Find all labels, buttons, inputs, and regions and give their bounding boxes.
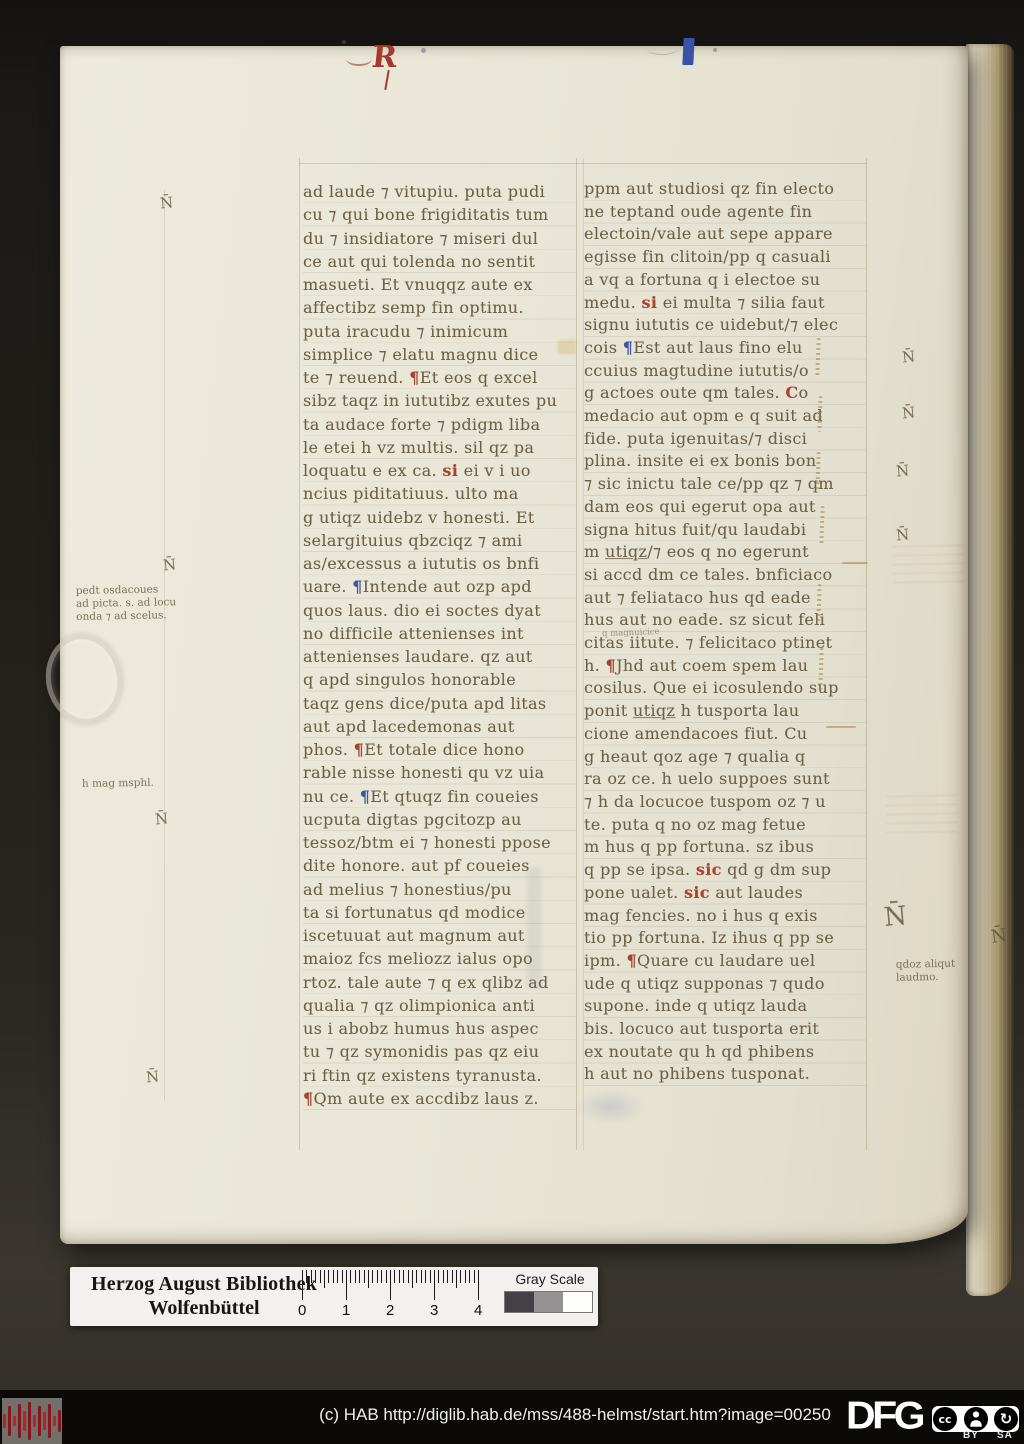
nota-mark: N̄ [901, 347, 916, 366]
manuscript-line: du ⁊ insidiatore ⁊ miseri dul [303, 227, 577, 250]
hab-logo-bar [38, 1406, 41, 1436]
library-name: Herzog August Bibliothek Wolfenbüttel [78, 1272, 330, 1321]
manuscript-line: ⁊ h da locucoe tuspom oz ⁊ u [584, 791, 866, 814]
ruler-tick [306, 1270, 307, 1283]
ruler-tick [381, 1270, 382, 1283]
cc-license-badge: cc ↻ [932, 1406, 1019, 1432]
copyright-bar: (c) HAB http://diglib.hab.de/mss/488-hel… [0, 1390, 1024, 1444]
manuscript-line: ad laude ⁊ vitupiu. puta pudi [303, 180, 577, 203]
ruler-tick [346, 1270, 347, 1300]
stain [575, 1090, 645, 1124]
manuscript-line: nu ce. ¶Et qtuqz fin coueies [303, 785, 577, 808]
manuscript-line: ppm aut studiosi qz fin electo [584, 178, 866, 201]
ruler-tick [337, 1270, 338, 1283]
manuscript-line: affectibz semp fin optimu. [303, 296, 577, 319]
red-initial-ornament: R [372, 40, 418, 88]
manuscript-line: g actoes oute qm tales. Co [584, 382, 866, 405]
manuscript-line: te. puta q no oz mag fetue [584, 814, 866, 837]
manuscript-line: tessoz/btm ei ⁊ honesti ppose [303, 831, 577, 854]
nota-mark: N̄ [154, 809, 169, 828]
hab-logo-bar [53, 1416, 56, 1426]
ruler-tick [320, 1270, 321, 1283]
ruler-tick [324, 1270, 325, 1288]
manuscript-line: electoin/vale aut sepe appare [584, 223, 866, 246]
hab-logo-bar [18, 1404, 21, 1438]
ruler-tick [416, 1270, 417, 1283]
manuscript-line: ⁊ sic inictu tale ce/pp qz ⁊ qm [584, 473, 866, 496]
ruler-tick [434, 1270, 435, 1300]
manuscript-line: attenienses laudare. qz aut [303, 645, 577, 668]
manuscript-line: qualia ⁊ qz olimpionica anti [303, 994, 577, 1017]
ruler-tick [465, 1270, 466, 1283]
ruler-tick [443, 1270, 444, 1283]
nota-mark: N̄ [901, 403, 916, 422]
manuscript-line: a vq a fortuna q i electoe su [584, 269, 866, 292]
manuscript-line: ipm. ¶Quare cu laudare uel [584, 950, 866, 973]
ruler-tick [311, 1270, 312, 1283]
manuscript-line: ucputa digtas pgcitozp au [303, 808, 577, 831]
manuscript-line: signu iututis ce uidebut/⁊ elec [584, 314, 866, 337]
manuscript-line: loquatu e ex ca. si ei v i uo [303, 459, 577, 482]
ruler-tick [372, 1270, 373, 1283]
ruler-tick [403, 1270, 404, 1283]
manuscript-line: cosilus. Que ei icosulendo sup [584, 677, 866, 700]
manuscript-line: ta audace forte ⁊ pdigm liba [303, 413, 577, 436]
manuscript-line: cois ¶Est aut laus fino elu [584, 337, 866, 360]
manuscript-line: mag fencies. no i hus q exis [584, 905, 866, 928]
library-label-bar: Herzog August Bibliothek Wolfenbüttel 01… [70, 1267, 598, 1326]
hab-logo-bar [58, 1410, 61, 1432]
column-rule [299, 158, 300, 1150]
manuscript-line: ccuius magtudine iututis/o [584, 360, 866, 383]
nota-mark: N̄ [162, 555, 177, 574]
ruler-tick [438, 1270, 439, 1283]
manuscript-line: fide. puta igenuitas/⁊ disci [584, 428, 866, 451]
cc-sa-label: SA [997, 1430, 1013, 1441]
stain [558, 340, 576, 354]
manuscript-line: phos. ¶Et totale dice hono [303, 738, 577, 761]
manuscript-line: cione amendacoes fiut. Cu [584, 723, 866, 746]
manuscript-line: si accd dm ce tales. bnficiaco [584, 564, 866, 587]
manuscript-line: pone ualet. sic aut laudes [584, 882, 866, 905]
manuscript-line: aut apd lacedemonas aut [303, 715, 577, 738]
manuscript-line: g heaut qoz age ⁊ qualia q [584, 746, 866, 769]
manuscript-line: bis. locuco aut tusporta erit [584, 1018, 866, 1041]
ruler-tick [469, 1270, 470, 1283]
nota-mark: N̄ [159, 193, 174, 212]
hab-logo-bar [8, 1406, 11, 1436]
ruler-tick [425, 1270, 426, 1283]
ruler-tick [412, 1270, 413, 1288]
manuscript-line: taqz gens dice/puta apd litas [303, 692, 577, 715]
manuscript-line: supone. inde q utiqz lauda [584, 995, 866, 1018]
manuscript-line: puta iracudu ⁊ inimicum [303, 320, 577, 343]
ruler-number: 3 [430, 1302, 438, 1319]
header-rule [299, 163, 866, 164]
manuscript-line: plina. insite ei ex bonis bon [584, 450, 866, 473]
manuscript-line: h. ¶Jhd aut coem spem lau [584, 655, 866, 678]
ruler-tick [452, 1270, 453, 1283]
margin-dash [842, 562, 868, 564]
margin-note-left: pedt osdacoues ad picta. s. ad locu onda… [76, 583, 187, 624]
cc-by-icon [964, 1407, 988, 1431]
ruler-tick [399, 1270, 400, 1283]
manuscript-line: ri ftin qz existens tyranusta. [303, 1064, 577, 1087]
nota-mark: N̄ [895, 461, 910, 480]
hab-logo-bar [33, 1415, 36, 1427]
blue-initial-ornament [681, 38, 701, 70]
swatch-dark [505, 1292, 534, 1312]
manuscript-line: q apd singulos honorable [303, 668, 577, 691]
manuscript-line: cu ⁊ qui bone frigiditatis tum [303, 203, 577, 226]
margin-rule [164, 190, 165, 1100]
ruler-tick [421, 1270, 422, 1283]
ruler-tick [394, 1270, 395, 1283]
ruler-tick [342, 1270, 343, 1283]
ruler-tick [315, 1270, 316, 1283]
hab-logo-icon [2, 1398, 62, 1444]
margin-note-right: qdoz aliqut laudmo. [896, 957, 986, 985]
manuscript-line: quos laus. dio ei soctes dyat [303, 599, 577, 622]
manuscript-line: tu ⁊ qz symonidis pas qz eiu [303, 1040, 577, 1063]
ruler-tick [430, 1270, 431, 1283]
manuscript-line: tio pp fortuna. Iz ihus q pp se [584, 927, 866, 950]
ruler-number: 1 [342, 1302, 350, 1319]
manuscript-line: te ⁊ reuend. ¶Et eos q excel [303, 366, 577, 389]
nota-mark: N̄ [895, 525, 910, 544]
nota-mark: N̄ [990, 925, 1009, 948]
ruler-tick [368, 1270, 369, 1288]
manuscript-line: m hus q pp fortuna. sz ibus [584, 836, 866, 859]
ruler-tick [456, 1270, 457, 1288]
scan-stage: R ad laude ⁊ vitupiu. puta pudicu ⁊ qui … [0, 0, 1024, 1444]
manuscript-line: sibz taqz in iututibz exutes pu [303, 389, 577, 412]
hab-logo-bar [3, 1414, 6, 1428]
manuscript-line: medacio aut opm e q suit ad [584, 405, 866, 428]
manuscript-line: ra oz ce. h uelo suppoes sunt [584, 768, 866, 791]
ruler-tick [447, 1270, 448, 1283]
hab-logo-bar [13, 1416, 16, 1426]
manuscript-line: ¶Qm aute ex accdibz laus z. [303, 1087, 577, 1110]
manuscript-line: g utiqz uidebz v honesti. Et [303, 506, 577, 529]
manuscript-line: medu. si ei multa ⁊ silia faut [584, 292, 866, 315]
swatch-white [563, 1292, 592, 1312]
manuscript-line: selargituius qbzciqz ⁊ ami [303, 529, 577, 552]
ruler-number: 0 [298, 1302, 306, 1319]
ruler-tick [460, 1270, 461, 1283]
manuscript-line: as/excessus a iututis os bnfi [303, 552, 577, 575]
ruler-tick [350, 1270, 351, 1283]
manuscript-line: m utiqz/⁊ eos q no egerunt [584, 541, 866, 564]
manuscript-line: le etei h vz multis. sil qz pa [303, 436, 577, 459]
manuscript-line: ne teptand oude agente fin [584, 201, 866, 224]
hab-logo-bar [48, 1404, 51, 1438]
ruler-tick [355, 1270, 356, 1283]
manuscript-line: egisse fin clitoin/pp q casuali [584, 246, 866, 269]
manuscript-line: ponit utiqz h tusporta lau [584, 700, 866, 723]
interlinear-gloss: q magnuicice [602, 627, 660, 639]
manuscript-line: ncius piditatiuus. ulto ma [303, 482, 577, 505]
manuscript-line: ce aut qui tolenda no sentit [303, 250, 577, 273]
ruler-tick [377, 1270, 378, 1283]
column-rule [866, 158, 867, 1150]
stain [527, 868, 541, 988]
ruler-tick [328, 1270, 329, 1283]
manuscript-line: simplice ⁊ elatu magnu dice [303, 343, 577, 366]
ruler-tick [390, 1270, 391, 1300]
ruler-tick [408, 1270, 409, 1283]
ruler-tick [474, 1270, 475, 1283]
ruler-tick [364, 1270, 365, 1283]
show-through [893, 544, 966, 587]
ruler-tick [333, 1270, 334, 1283]
manuscript-line: uare. ¶Intende aut ozp apd [303, 575, 577, 598]
ruler-number: 4 [474, 1302, 482, 1319]
show-through [886, 794, 959, 835]
margin-dash [826, 726, 856, 728]
ruler-tick [386, 1270, 387, 1283]
cm-ruler: 01234 [302, 1270, 502, 1322]
manuscript-line: aut ⁊ feliataco hus qd eade [584, 587, 866, 610]
margin-note-left-2: h mag msphl. [82, 776, 192, 791]
manuscript-line: ude q utiqz supponas ⁊ qudo [584, 973, 866, 996]
manuscript-line: no difficile attenienses int [303, 622, 577, 645]
hab-logo-bar [23, 1411, 26, 1431]
nota-mark: N̄ [145, 1067, 160, 1086]
manuscript-line: rable nisse honesti qu vz uia [303, 761, 577, 784]
gray-scale-swatches [504, 1291, 593, 1313]
manuscript-line: ex noutate qu h qd phibens [584, 1041, 866, 1064]
ruler-tick [359, 1270, 360, 1283]
cc-sa-icon: ↻ [994, 1407, 1018, 1431]
nota-mark: N̄ [883, 901, 908, 933]
ruler-tick [478, 1270, 479, 1300]
hab-logo-bar [28, 1402, 31, 1440]
cc-by-label: BY [963, 1430, 979, 1441]
manuscript-line: us i abobz humus hus aspec [303, 1017, 577, 1040]
manuscript-line: h aut no phibens tusponat. [584, 1063, 866, 1086]
manuscript-line: q pp se ipsa. sic qd g dm sup [584, 859, 866, 882]
ruler-tick [302, 1270, 303, 1300]
cc-icon: cc [933, 1407, 957, 1431]
manuscript-line: masueti. Et vnuqqz aute ex [303, 273, 577, 296]
book-fore-edge [966, 44, 1014, 1296]
swatch-mid [534, 1292, 563, 1312]
gray-scale-label: Gray Scale [502, 1271, 598, 1287]
hab-logo-bar [43, 1412, 46, 1430]
ruler-number: 2 [386, 1302, 394, 1319]
dfg-logo: DFG [846, 1393, 922, 1438]
